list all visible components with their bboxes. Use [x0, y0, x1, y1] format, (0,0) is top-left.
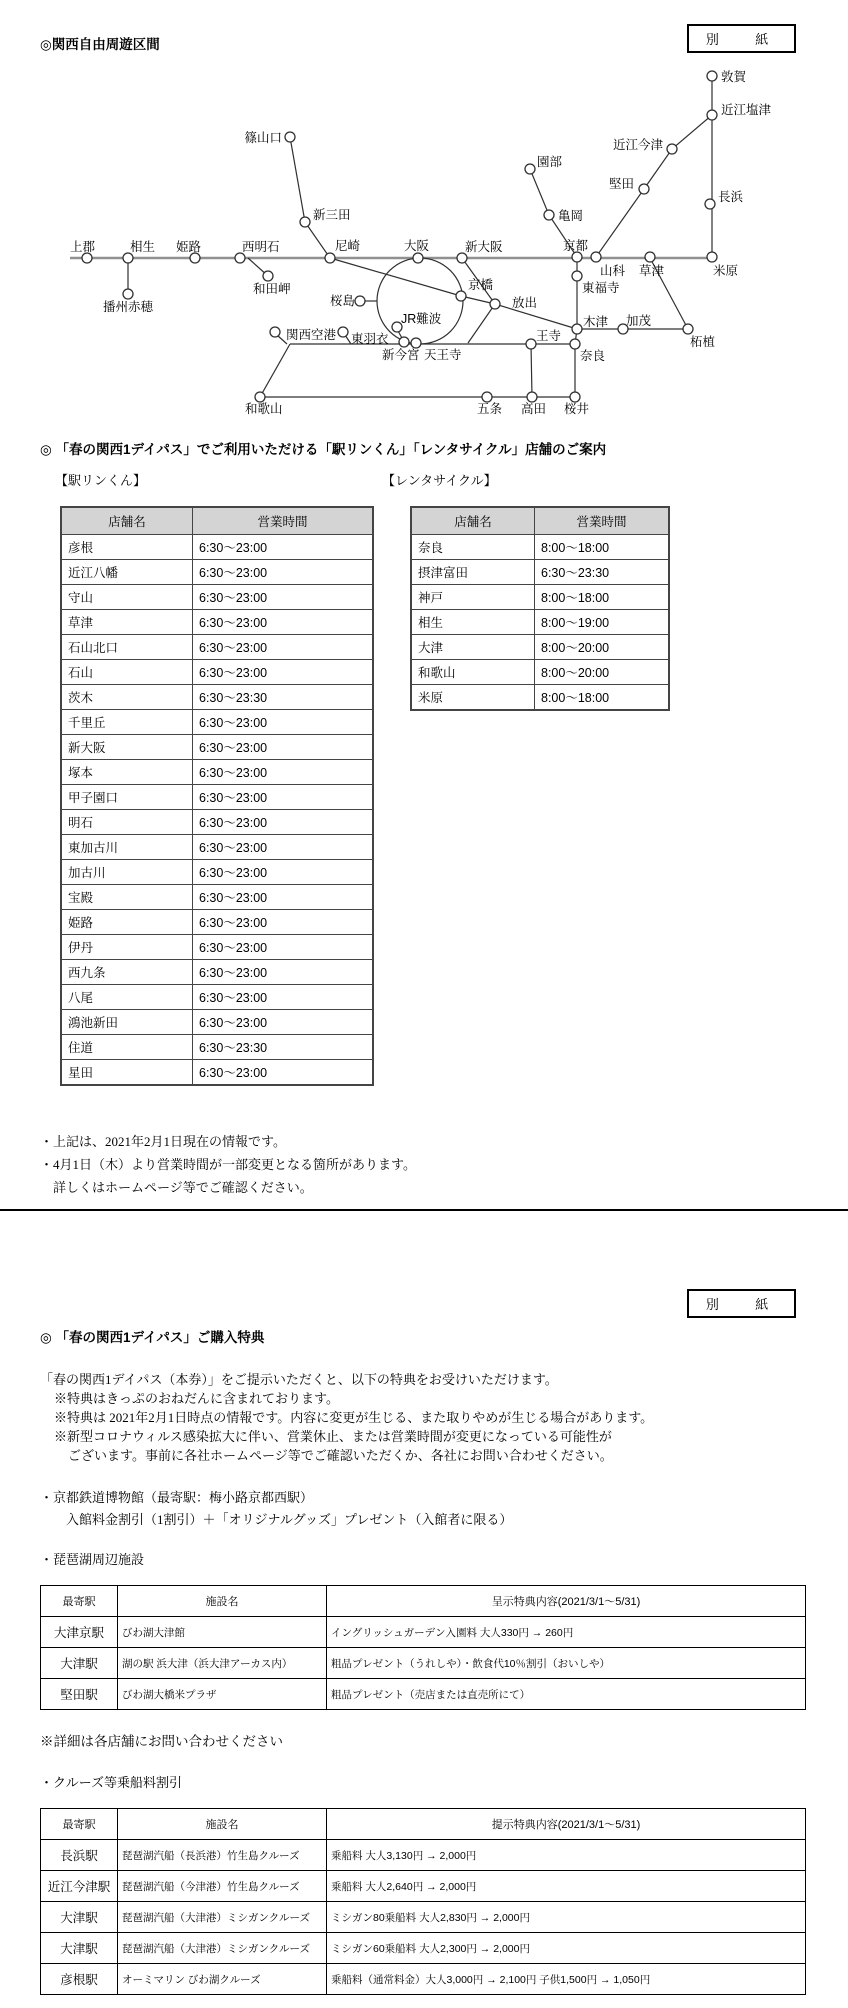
table-header-row: 店舗名 営業時間 — [61, 507, 373, 535]
table-cell: 8:00～18:00 — [535, 585, 670, 610]
column-header: 最寄駅 — [41, 1586, 118, 1617]
station-label: 山科 — [600, 263, 626, 278]
table-cell: 宝殿 — [61, 885, 193, 910]
footnote-line: ・上記は、2021年2月1日現在の情報です。 — [40, 1130, 848, 1153]
museum-benefit: ・京都鉄道博物館（最寄駅：梅小路京都西駅） 入館料金割引（1割引）＋「オリジナル… — [40, 1487, 848, 1531]
station-label: 近江今津 — [613, 137, 664, 152]
table-cell: 石山 — [61, 660, 193, 685]
table-captions: 【駅リンくん】 【レンタサイクル】 — [40, 472, 848, 489]
table-cell: 6:30～23:00 — [193, 835, 374, 860]
table-row: 姫路6:30～23:00 — [61, 910, 373, 935]
table-cell: 琵琶湖汽船（今津港）竹生島クルーズ — [118, 1871, 327, 1902]
table-row: 神戸8:00～18:00 — [411, 585, 669, 610]
station-marker — [707, 110, 717, 120]
table-cell: 大津駅 — [41, 1933, 118, 1964]
station-label: 京都 — [563, 238, 589, 253]
station-label: 柘植 — [690, 334, 716, 349]
museum-detail: 入館料金割引（1割引）＋「オリジナルグッズ」プレゼント（入館者に限る） — [40, 1509, 848, 1531]
station-marker — [270, 327, 280, 337]
table-cell: 和歌山 — [411, 660, 535, 685]
table-cell: 乗船料 大人2,640円 → 2,000円 — [327, 1871, 806, 1902]
table-cell: 塚本 — [61, 760, 193, 785]
table-row: 近江今津駅琵琶湖汽船（今津港）竹生島クルーズ乗船料 大人2,640円 → 2,0… — [41, 1871, 806, 1902]
table-cell: 大津駅 — [41, 1902, 118, 1933]
table-cell: 星田 — [61, 1060, 193, 1086]
station-label: JR難波 — [401, 311, 442, 326]
table-cell: 6:30～23:00 — [193, 960, 374, 985]
station-label: 東羽衣 — [351, 331, 389, 346]
rental-caption: 【レンタサイクル】 — [382, 472, 497, 489]
table-cell: 米原 — [411, 685, 535, 711]
station-marker — [399, 337, 409, 347]
table-row: 和歌山8:00～20:00 — [411, 660, 669, 685]
table-row: 新大阪6:30～23:00 — [61, 735, 373, 760]
table-cell: 6:30～23:00 — [193, 1010, 374, 1035]
station-marker — [123, 253, 133, 263]
table-cell: 6:30～23:00 — [193, 760, 374, 785]
table-row: 明石6:30～23:00 — [61, 810, 373, 835]
station-marker — [413, 253, 423, 263]
rail-line — [260, 344, 290, 397]
table-row: 八尾6:30～23:00 — [61, 985, 373, 1010]
intro-line: ※特典はきっぷのおねだんに含まれております。 — [40, 1389, 815, 1408]
table-cell: 茨木 — [61, 685, 193, 710]
table-header-row: 最寄駅 施設名 提示特典内容(2021/3/1～5/31) — [41, 1809, 806, 1840]
table-cell: 琵琶湖汽船（長浜港）竹生島クルーズ — [118, 1840, 327, 1871]
table-row: 加古川6:30～23:00 — [61, 860, 373, 885]
column-header: 施設名 — [118, 1586, 327, 1617]
osaka-loop-line — [377, 258, 463, 344]
station-marker — [457, 253, 467, 263]
station-marker — [570, 392, 580, 402]
station-label: 和歌山 — [245, 402, 283, 416]
table-row: 大津駅琵琶湖汽船（大津港）ミシガンクルーズミシガン60乗船料 大人2,300円 … — [41, 1933, 806, 1964]
table-cell: 彦根 — [61, 535, 193, 560]
table-row: 石山6:30～23:00 — [61, 660, 373, 685]
station-marker — [490, 299, 500, 309]
station-marker — [190, 253, 200, 263]
station-marker — [235, 253, 245, 263]
station-marker — [667, 144, 677, 154]
table-row: 大津8:00～20:00 — [411, 635, 669, 660]
station-label: 播州赤穂 — [103, 299, 154, 314]
station-marker — [591, 252, 601, 262]
table-cell: 奈良 — [411, 535, 535, 560]
table-header-row: 店舗名 営業時間 — [411, 507, 669, 535]
table-cell: 長浜駅 — [41, 1840, 118, 1871]
column-header: 呈示特典内容(2021/3/1～5/31) — [327, 1586, 806, 1617]
station-marker — [325, 253, 335, 263]
column-header: 最寄駅 — [41, 1809, 118, 1840]
benefits-intro: 「春の関西1デイパス（本券）」をご提示いただくと、以下の特典をお受けいただけます… — [40, 1370, 815, 1465]
station-marker — [683, 324, 693, 334]
shop-tables: 店舗名 営業時間 彦根6:30～23:00近江八幡6:30～23:00守山6:3… — [40, 506, 848, 1086]
station-marker — [411, 338, 421, 348]
rail-line — [531, 344, 532, 397]
table-row: 伊丹6:30～23:00 — [61, 935, 373, 960]
attachment-tag: 別 紙 — [687, 1289, 796, 1318]
station-label: 大阪 — [404, 238, 430, 253]
table-row: 守山6:30～23:00 — [61, 585, 373, 610]
station-label: 新大阪 — [465, 239, 503, 254]
ekirin-caption: 【駅リンくん】 — [55, 472, 146, 489]
table-cell: 8:00～18:00 — [535, 685, 670, 711]
station-label: 敦賀 — [721, 69, 748, 84]
table-cell: 西九条 — [61, 960, 193, 985]
station-marker — [525, 164, 535, 174]
page-1: 別 紙 ◎関西自由周遊区間 敦賀近江塩津長浜米原近江今津堅田園部亀岡京都山科草津… — [0, 0, 848, 1199]
station-label: 木津 — [583, 314, 609, 329]
table-cell: 草津 — [61, 610, 193, 635]
table-row: 住道6:30～23:30 — [61, 1035, 373, 1060]
table-header-row: 最寄駅 施設名 呈示特典内容(2021/3/1～5/31) — [41, 1586, 806, 1617]
table-row: 米原8:00～18:00 — [411, 685, 669, 711]
station-label: 和田岬 — [253, 281, 291, 296]
table-cell: 6:30～23:00 — [193, 785, 374, 810]
attachment-tag: 別 紙 — [687, 24, 796, 53]
benefits-heading: ◎ 「春の関西1デイパス」ご購入特典 — [40, 1329, 848, 1346]
station-label: 堅田 — [609, 177, 634, 191]
table-cell: 新大阪 — [61, 735, 193, 760]
table-cell: 6:30～23:00 — [193, 610, 374, 635]
biwako-facility-table: 最寄駅 施設名 呈示特典内容(2021/3/1～5/31) 大津京駅びわ湖大津館… — [40, 1585, 806, 1710]
table-cell: びわ湖大橋米プラザ — [118, 1679, 327, 1710]
table-cell: ミシガン80乗船料 大人2,830円 → 2,000円 — [327, 1902, 806, 1933]
table-row: 相生8:00～19:00 — [411, 610, 669, 635]
column-header: 提示特典内容(2021/3/1～5/31) — [327, 1809, 806, 1840]
table-cell: 守山 — [61, 585, 193, 610]
station-label: 桜島 — [330, 293, 356, 308]
station-marker — [123, 289, 133, 299]
table-cell: 乗船料（通常料金）大人3,000円 → 2,100円 子供1,500円 → 1,… — [327, 1964, 806, 1995]
station-label: 上郡 — [70, 239, 96, 254]
page-2: 別 紙 ◎ 「春の関西1デイパス」ご購入特典 「春の関西1デイパス（本券）」をご… — [0, 1211, 848, 1995]
biwako-bullet: ・琵琶湖周辺施設 — [40, 1549, 848, 1571]
station-label: 天王寺 — [424, 347, 462, 362]
table-cell: 近江八幡 — [61, 560, 193, 585]
table-cell: 琵琶湖汽船（大津港）ミシガンクルーズ — [118, 1933, 327, 1964]
station-marker — [255, 392, 265, 402]
table-cell: 彦根駅 — [41, 1964, 118, 1995]
table-cell: 乗船料 大人3,130円 → 2,000円 — [327, 1840, 806, 1871]
table-cell: 6:30～23:30 — [193, 685, 374, 710]
table-row: 塚本6:30～23:00 — [61, 760, 373, 785]
table-row: 近江八幡6:30～23:00 — [61, 560, 373, 585]
table-cell: 6:30～23:00 — [193, 1060, 374, 1086]
station-label: 米原 — [713, 263, 739, 278]
kansai-route-map: 敦賀近江塩津長浜米原近江今津堅田園部亀岡京都山科草津東福寺木津加茂柘植奈良王寺篠… — [40, 59, 848, 427]
station-marker — [572, 271, 582, 281]
station-marker — [707, 71, 717, 81]
table-cell: 近江今津駅 — [41, 1871, 118, 1902]
table-row: 摂津富田6:30～23:30 — [411, 560, 669, 585]
table-cell: 石山北口 — [61, 635, 193, 660]
table-row: 奈良8:00～18:00 — [411, 535, 669, 560]
document: { "page1": { "tag_label": "別 紙", "headin… — [0, 0, 848, 2008]
station-label: 放出 — [512, 295, 537, 310]
cruise-bullet: ・クルーズ等乗船料割引 — [40, 1772, 848, 1794]
table-cell: 6:30～23:00 — [193, 810, 374, 835]
table-cell: 明石 — [61, 810, 193, 835]
table-row: 鴻池新田6:30～23:00 — [61, 1010, 373, 1035]
station-label: 新今宮 — [382, 347, 420, 362]
table-row: 彦根駅オーミマリン びわ湖クルーズ乗船料（通常料金）大人3,000円 → 2,1… — [41, 1964, 806, 1995]
station-marker — [639, 184, 649, 194]
column-header: 施設名 — [118, 1809, 327, 1840]
station-label: 高田 — [521, 401, 546, 416]
table-cell: 甲子園口 — [61, 785, 193, 810]
station-label: 東福寺 — [582, 280, 620, 295]
table-cell: 東加古川 — [61, 835, 193, 860]
station-label: 草津 — [639, 263, 665, 278]
table-cell: 姫路 — [61, 910, 193, 935]
station-label: 相生 — [130, 239, 155, 254]
table-cell: 加古川 — [61, 860, 193, 885]
station-marker — [544, 210, 554, 220]
shops-section-heading: ◎ 「春の関西1デイパス」でご利用いただける「駅リンくん」「レンタサイクル」店舗… — [40, 441, 848, 458]
table-cell: ミシガン60乗船料 大人2,300円 → 2,000円 — [327, 1933, 806, 1964]
museum-bullet: ・京都鉄道博物館（最寄駅：梅小路京都西駅） — [40, 1487, 848, 1509]
station-label: 西明石 — [242, 240, 280, 254]
table-cell: 6:30～23:00 — [193, 985, 374, 1010]
detail-note: ※詳細は各店舗にお問い合わせください — [40, 1730, 848, 1750]
station-label: 篠山口 — [244, 130, 282, 145]
table-cell: 摂津富田 — [411, 560, 535, 585]
table-cell: オーミマリン びわ湖クルーズ — [118, 1964, 327, 1995]
station-marker — [527, 392, 537, 402]
station-marker — [705, 199, 715, 209]
table-row: 堅田駅びわ湖大橋米プラザ粗品プレゼント（売店または直売所にて） — [41, 1679, 806, 1710]
table-row: 星田6:30～23:00 — [61, 1060, 373, 1086]
table-cell: 8:00～18:00 — [535, 535, 670, 560]
station-marker — [526, 339, 536, 349]
table-cell: 6:30～23:00 — [193, 635, 374, 660]
table-row: 草津6:30～23:00 — [61, 610, 373, 635]
station-label: 王寺 — [536, 328, 561, 343]
table-cell: 湖の駅 浜大津（浜大津アーカス内） — [118, 1648, 327, 1679]
column-header: 営業時間 — [193, 507, 374, 535]
table-cell: 鴻池新田 — [61, 1010, 193, 1035]
table-row: 東加古川6:30～23:00 — [61, 835, 373, 860]
table-cell: 6:30～23:00 — [193, 935, 374, 960]
table-cell: イングリッシュガーデン入園料 大人330円 → 260円 — [327, 1617, 806, 1648]
table-cell: 琵琶湖汽船（大津港）ミシガンクルーズ — [118, 1902, 327, 1933]
station-marker — [572, 252, 582, 262]
footnote-line: ・4月1日（木）より営業時間が一部変更となる箇所があります。 — [40, 1153, 848, 1176]
column-header: 店舗名 — [411, 507, 535, 535]
table-row: 茨木6:30～23:30 — [61, 685, 373, 710]
station-marker — [300, 217, 310, 227]
table-cell: 伊丹 — [61, 935, 193, 960]
table-cell: 粗品プレゼント（うれしや）・飲食代10％割引（おいしや） — [327, 1648, 806, 1679]
station-label: 近江塩津 — [721, 102, 772, 117]
table-cell: 住道 — [61, 1035, 193, 1060]
table-cell: 千里丘 — [61, 710, 193, 735]
station-marker — [570, 339, 580, 349]
station-marker — [456, 291, 466, 301]
station-marker — [285, 132, 295, 142]
table-cell: 大津 — [411, 635, 535, 660]
station-marker — [82, 253, 92, 263]
column-header: 店舗名 — [61, 507, 193, 535]
intro-line: ※特典は 2021年2月1日時点の情報です。内容に変更が生じる、また取りやめが生… — [40, 1408, 815, 1427]
station-label: 桜井 — [564, 401, 590, 416]
station-label: 亀岡 — [558, 208, 583, 223]
table-cell: 6:30～23:00 — [193, 860, 374, 885]
table-cell: 6:30～23:00 — [193, 660, 374, 685]
station-label: 奈良 — [580, 348, 606, 363]
table-cell: 8:00～20:00 — [535, 635, 670, 660]
footnote-line: 詳しくはホームページ等でご確認ください。 — [40, 1176, 848, 1199]
rail-line — [290, 137, 330, 258]
table-cell: 大津京駅 — [41, 1617, 118, 1648]
table-cell: 6:30～23:00 — [193, 910, 374, 935]
cruise-discount-table: 最寄駅 施設名 提示特典内容(2021/3/1～5/31) 長浜駅琵琶湖汽船（長… — [40, 1808, 806, 1995]
station-label: 園部 — [537, 155, 563, 169]
station-label: 姫路 — [176, 240, 202, 254]
station-marker — [263, 271, 273, 281]
intro-line: ございます。事前に各社ホームページ等でご確認いただくか、各社にお問い合わせくださ… — [40, 1446, 815, 1465]
table-cell: 6:30～23:00 — [193, 535, 374, 560]
column-header: 営業時間 — [535, 507, 670, 535]
table-cell: 神戸 — [411, 585, 535, 610]
station-label: 関西空港 — [286, 327, 337, 342]
table-cell: 相生 — [411, 610, 535, 635]
station-label: 新三田 — [313, 208, 351, 222]
station-marker — [572, 324, 582, 334]
table-cell: 6:30～23:00 — [193, 710, 374, 735]
station-label: 五条 — [477, 402, 503, 416]
table-cell: 6:30～23:00 — [193, 885, 374, 910]
table-row: 彦根6:30～23:00 — [61, 535, 373, 560]
footnotes: ・上記は、2021年2月1日現在の情報です。 ・4月1日（木）より営業時間が一部… — [40, 1130, 848, 1199]
table-row: 大津京駅びわ湖大津館イングリッシュガーデン入園料 大人330円 → 260円 — [41, 1617, 806, 1648]
table-cell: 8:00～20:00 — [535, 660, 670, 685]
table-cell: びわ湖大津館 — [118, 1617, 327, 1648]
table-cell: 8:00～19:00 — [535, 610, 670, 635]
table-cell: 大津駅 — [41, 1648, 118, 1679]
intro-line: ※新型コロナウィルス感染拡大に伴い、営業休止、または営業時間が変更になっている可… — [40, 1427, 815, 1446]
station-marker — [355, 296, 365, 306]
table-cell: 6:30～23:00 — [193, 585, 374, 610]
station-label: 加茂 — [626, 313, 652, 328]
table-cell: 6:30～23:30 — [193, 1035, 374, 1060]
table-cell: 粗品プレゼント（売店または直売所にて） — [327, 1679, 806, 1710]
table-row: 大津駅琵琶湖汽船（大津港）ミシガンクルーズミシガン80乗船料 大人2,830円 … — [41, 1902, 806, 1933]
table-cell: 八尾 — [61, 985, 193, 1010]
table-row: 西九条6:30～23:00 — [61, 960, 373, 985]
table-row: 長浜駅琵琶湖汽船（長浜港）竹生島クルーズ乗船料 大人3,130円 → 2,000… — [41, 1840, 806, 1871]
station-label: 長浜 — [718, 190, 744, 204]
table-cell: 堅田駅 — [41, 1679, 118, 1710]
station-marker — [707, 252, 717, 262]
station-marker — [645, 252, 655, 262]
ekirin-hours-table: 店舗名 営業時間 彦根6:30～23:00近江八幡6:30～23:00守山6:3… — [60, 506, 374, 1086]
station-label: 京橋 — [468, 277, 494, 292]
table-cell: 6:30～23:00 — [193, 560, 374, 585]
table-row: 千里丘6:30～23:00 — [61, 710, 373, 735]
station-marker — [338, 327, 348, 337]
intro-line: 「春の関西1デイパス（本券）」をご提示いただくと、以下の特典をお受けいただけます… — [40, 1370, 815, 1389]
table-row: 大津駅湖の駅 浜大津（浜大津アーカス内）粗品プレゼント（うれしや）・飲食代10％… — [41, 1648, 806, 1679]
table-cell: 6:30～23:30 — [535, 560, 670, 585]
table-row: 宝殿6:30～23:00 — [61, 885, 373, 910]
station-marker — [482, 392, 492, 402]
table-cell: 6:30～23:00 — [193, 735, 374, 760]
rental-hours-table: 店舗名 営業時間 奈良8:00～18:00摂津富田6:30～23:30神戸8:0… — [410, 506, 670, 711]
table-row: 石山北口6:30～23:00 — [61, 635, 373, 660]
station-label: 尼崎 — [335, 238, 361, 253]
table-row: 甲子園口6:30～23:00 — [61, 785, 373, 810]
